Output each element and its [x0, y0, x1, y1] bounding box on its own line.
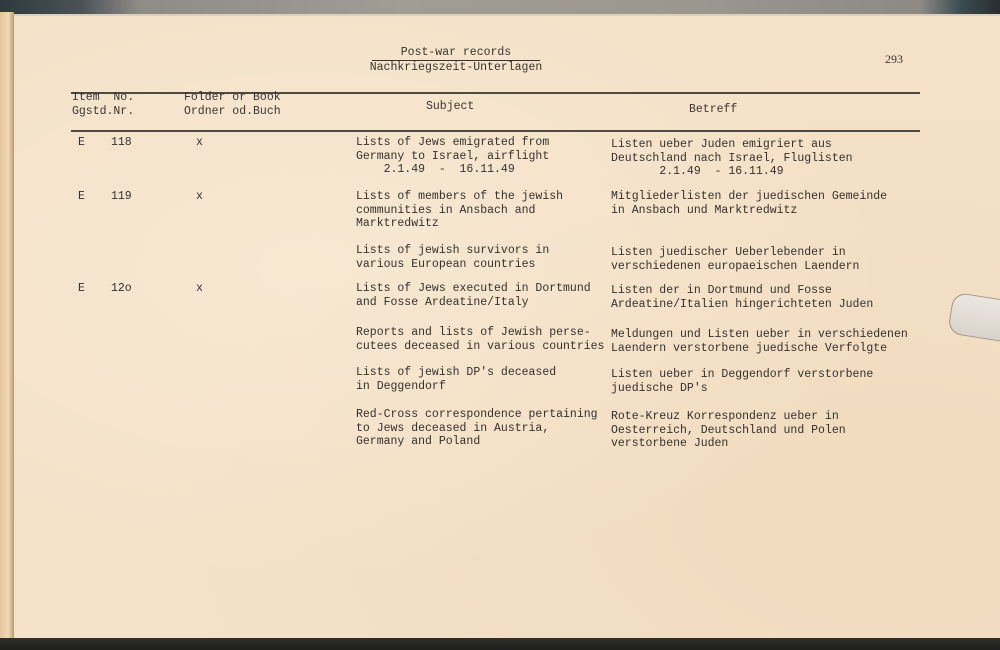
row-subject: Lists of jewish DP's deceased in Deggend… [356, 366, 556, 393]
page-tab-marker [947, 292, 1000, 345]
row-betreff: Listen ueber Juden emigriert aus Deutsch… [611, 138, 853, 179]
row-betreff: Listen der in Dortmund und Fosse Ardeati… [611, 284, 873, 311]
header-betreff: Betreff [689, 103, 737, 117]
header-folder-en: Folder or Book [184, 91, 281, 104]
row-subject: Lists of members of the jewish communiti… [356, 190, 563, 231]
header-item-no-en: Item No. [72, 91, 134, 104]
page-number: 293 [885, 52, 903, 67]
header-subject: Subject [426, 100, 474, 114]
row-subject: Red-Cross correspondence pertaining to J… [356, 408, 598, 449]
row-betreff: Mitgliederlisten der juedischen Gemeinde… [611, 190, 887, 217]
row-betreff: Listen ueber in Deggendorf verstorbene j… [611, 368, 873, 395]
row-item-number: 118 [111, 136, 132, 150]
page-heading: Post-war records Nachkriegszeit-Unterlag… [366, 46, 546, 75]
row-betreff: Listen juedischer Ueberlebender in versc… [611, 246, 859, 273]
row-subject: Lists of Jews emigrated from Germany to … [356, 136, 549, 177]
header-item-no: Item No. Ggstd.Nr. [72, 91, 134, 119]
row-subject: Reports and lists of Jewish perse- cutee… [356, 326, 604, 353]
row-folder-mark: x [196, 190, 203, 204]
row-folder-mark: x [196, 282, 203, 296]
row-item-code: E [78, 282, 85, 296]
heading-english: Post-war records [372, 46, 540, 61]
binder-edge [0, 12, 14, 642]
header-item-no-de: Ggstd.Nr. [72, 105, 134, 118]
row-item-code: E [78, 190, 85, 204]
scanner-background-bottom [0, 638, 1000, 650]
row-item-number: 119 [111, 190, 132, 204]
heading-german: Nachkriegszeit-Unterlagen [366, 61, 546, 75]
row-item-number: 12o [111, 282, 132, 296]
header-folder-de: Ordner od.Buch [184, 105, 281, 118]
row-betreff: Rote-Kreuz Korrespondenz ueber in Oester… [611, 410, 846, 451]
table-header-rule [71, 130, 920, 132]
header-folder: Folder or Book Ordner od.Buch [184, 91, 281, 119]
row-folder-mark: x [196, 136, 203, 150]
row-subject: Lists of Jews executed in Dortmund and F… [356, 282, 591, 309]
document-page: Post-war records Nachkriegszeit-Unterlag… [14, 14, 1000, 642]
row-item-code: E [78, 136, 85, 150]
row-betreff: Meldungen und Listen ueber in verschiede… [611, 328, 908, 355]
row-subject: Lists of jewish survivors in various Eur… [356, 244, 549, 271]
